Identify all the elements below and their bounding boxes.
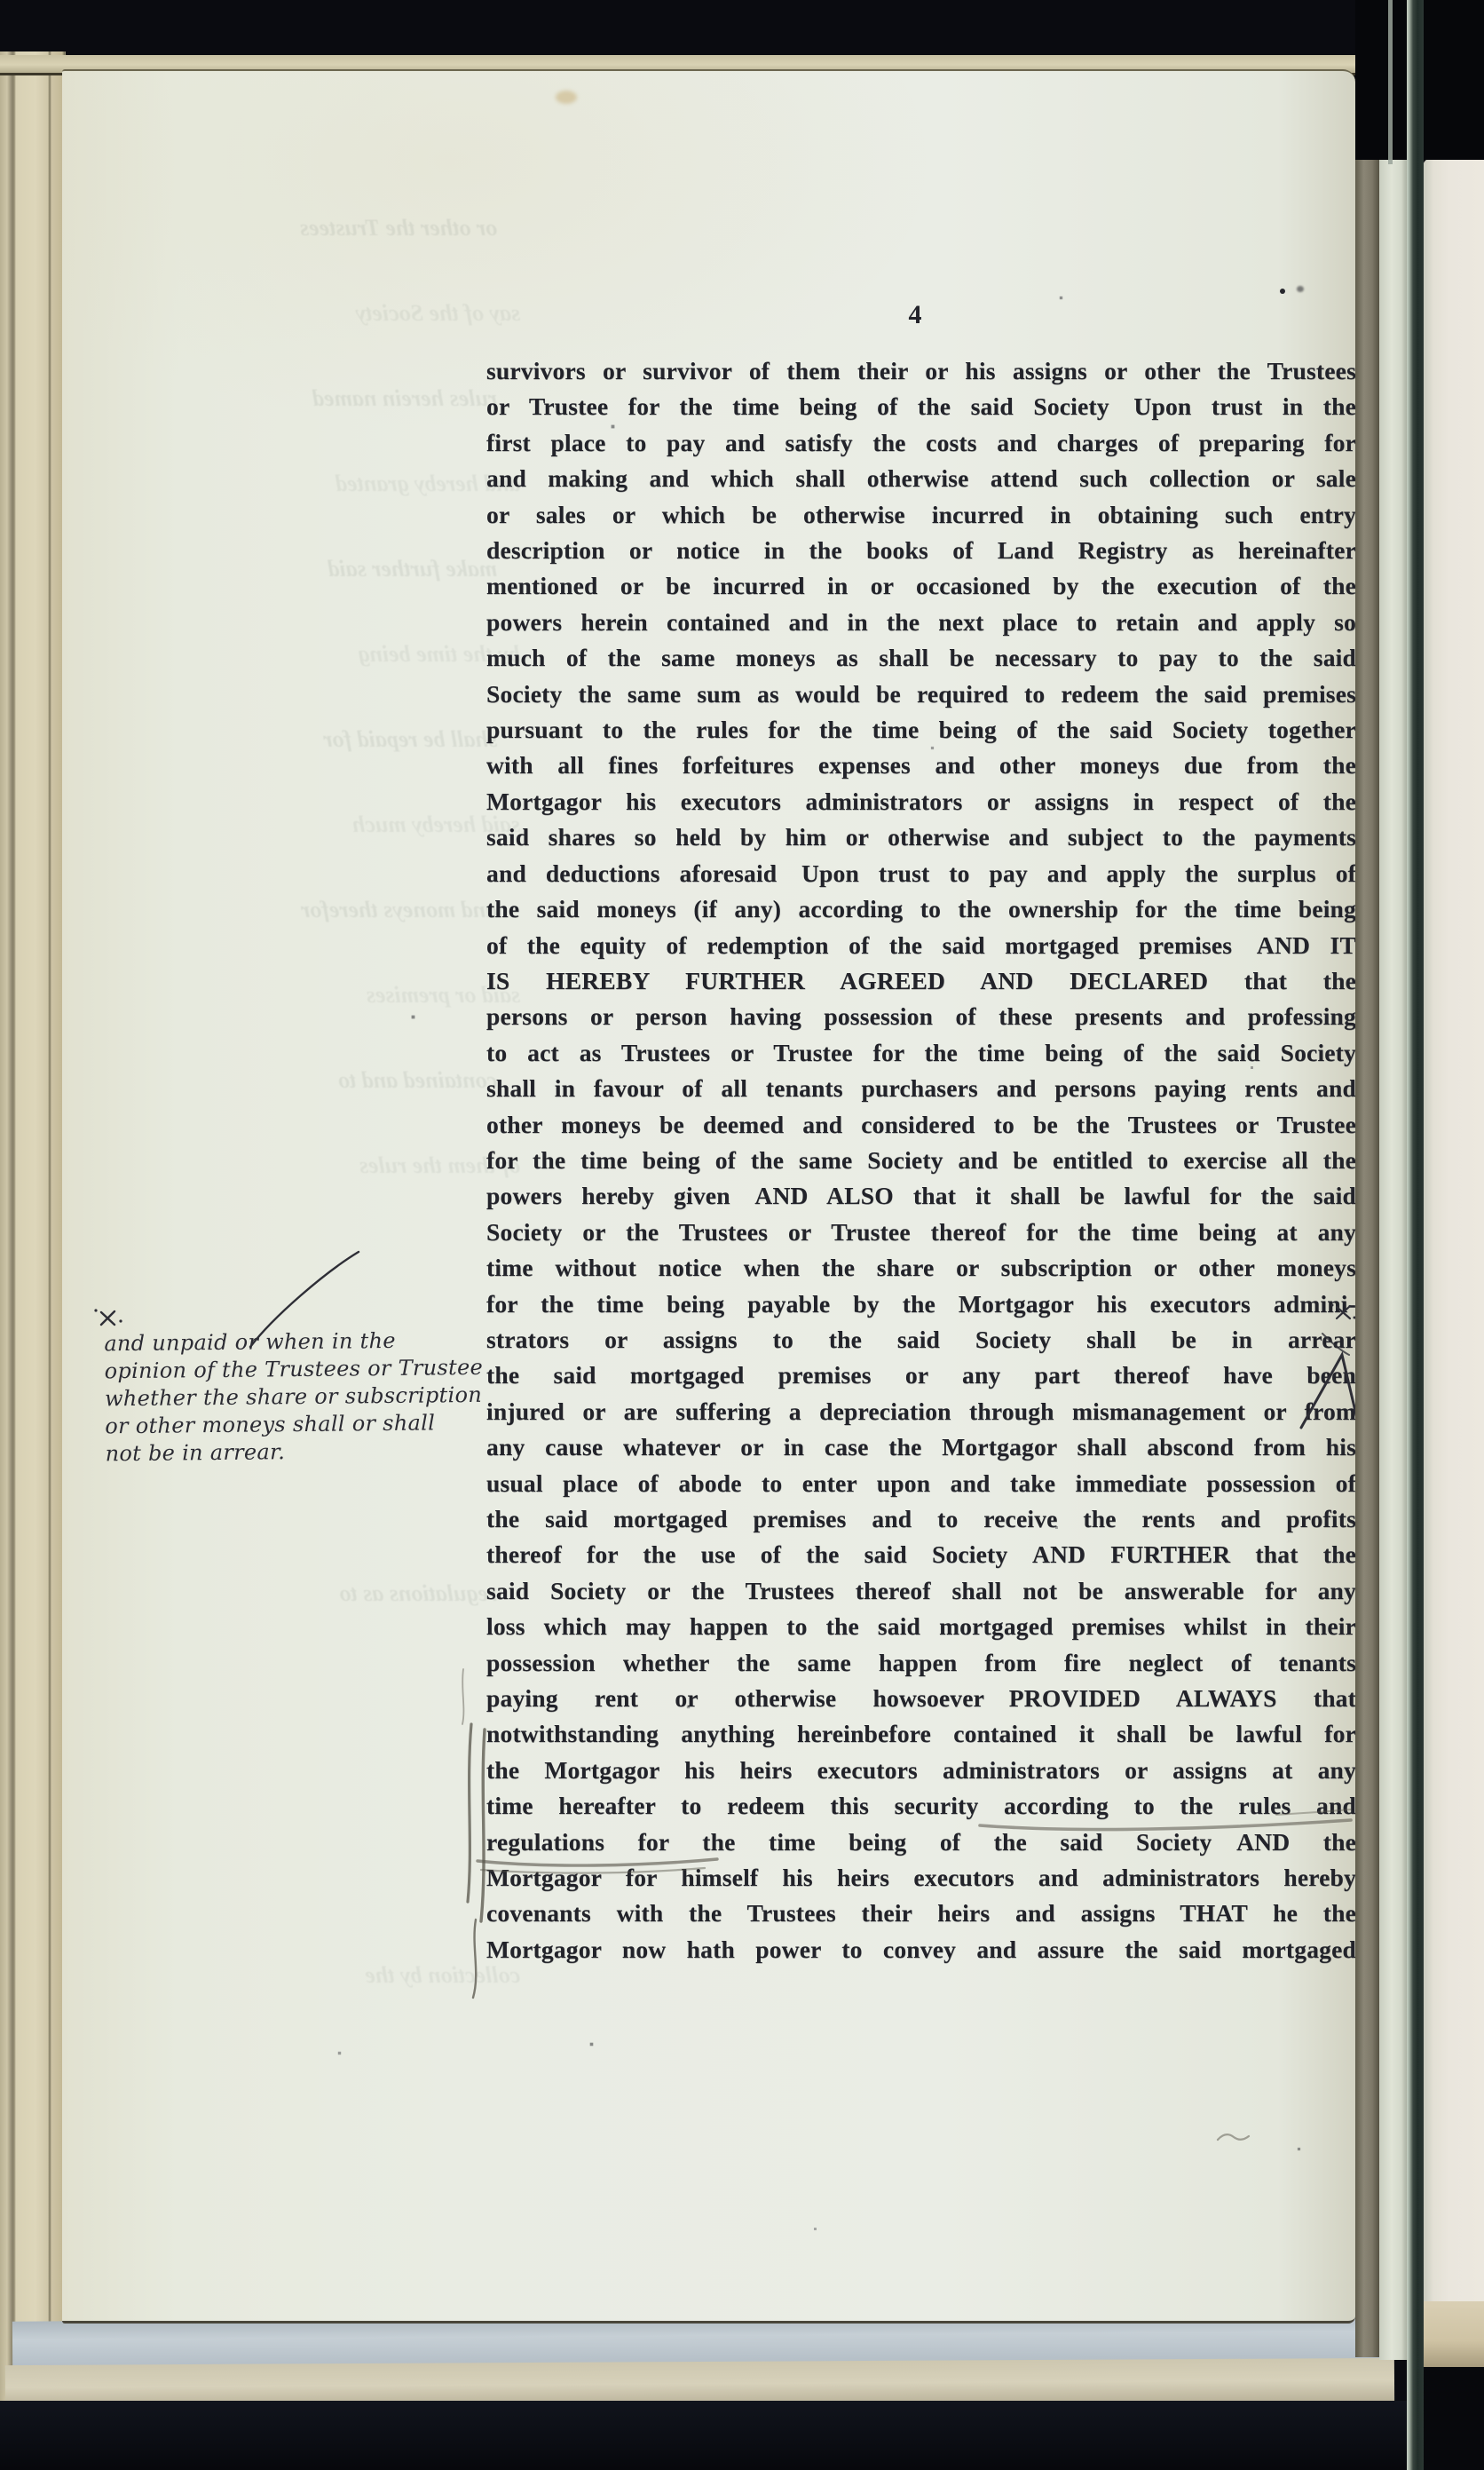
handwritten-margin-note: and unpaid or when in theopinion of the … [104,1326,501,1469]
ink-dot [1297,286,1304,292]
print-text-line: Society the same sum as would be require… [486,677,1356,712]
ghost-text-line: or other the Trustees [124,215,497,241]
print-text-line: possession whether the same happen from … [486,1645,1356,1681]
gutter-light-band [1379,144,1407,2360]
page-number: 4 [893,300,937,330]
print-text-line: strators or assigns to the said Society … [486,1322,1356,1358]
print-text-line: Society or the Trustees or Trustee there… [486,1215,1356,1250]
print-text-line: or sales or which be otherwise incurred … [486,497,1356,533]
ghost-text-line: by the time being [147,641,520,668]
handwritten-note-line: not be in arrear. [105,1437,500,1469]
ghost-text-line: shall be repaid for [124,726,497,753]
print-text-line: any cause whatever or in case the Mortga… [486,1429,1356,1465]
print-text-line: survivors or survivor of them their or h… [486,353,1356,389]
ghost-text-line: contained and to [124,1067,497,1094]
print-text-line: and making and which shall otherwise att… [486,461,1356,496]
print-text-line: the Mortgagor his heirs executors admini… [486,1753,1356,1788]
print-text-line: regulations for the time being of the sa… [486,1825,1356,1860]
print-text-line: Mortgagor now hath power to convey and a… [486,1932,1356,1967]
binding-cord [1407,0,1424,2470]
binding-cord-top [1388,0,1393,164]
print-text-line: usual place of abode to enter upon and t… [486,1466,1356,1501]
print-text-line: loss which may happen to the said mortga… [486,1609,1356,1644]
print-text-line: shall in favour of all tenants purchaser… [486,1071,1356,1106]
print-text-line: with all fines forfeitures expenses and … [486,748,1356,783]
print-text-line: for the time being payable by the Mortga… [486,1286,1356,1322]
margin-note-x-mark [94,1309,122,1325]
ghost-text-line: of them the rules [147,1152,520,1179]
print-text-line: time hereafter to redeem this security a… [486,1788,1356,1824]
print-text-line: persons or person having possession of t… [486,999,1356,1034]
print-text-line: time without notice when the share or su… [486,1250,1356,1286]
adjacent-page [1423,158,1484,2310]
ghost-text-line: regulations as to [124,1580,497,1607]
print-text-line: to act as Trustees or Trustee for the ti… [486,1035,1356,1071]
print-text-line: powers herein contained and in the next … [486,605,1356,640]
bottom-squiggle-mark [1218,2134,1249,2140]
print-text-line: or Trustee for the time being of the sai… [486,389,1356,424]
handwritten-note-line: whether the share or subscription [105,1381,500,1413]
print-text-line: much of the same moneys as shall be nece… [486,640,1356,676]
print-text-line: for the time being of the same Society a… [486,1143,1356,1178]
stain-mark [556,91,577,104]
print-text-line: description or notice in the books of La… [486,533,1356,568]
print-text-line: first place to pay and satisfy the costs… [486,425,1356,461]
print-text-line: notwithstanding anything hereinbefore co… [486,1716,1356,1752]
print-text-line: Mortgagor his executors administrators o… [486,784,1356,819]
handwritten-note-line: and unpaid or when in the [104,1326,499,1358]
ghost-text-line: and hereby granted [147,471,520,497]
adjacent-page-bottom-edge [1420,2301,1484,2367]
print-text-line: said shares so held by him or otherwise … [486,819,1356,855]
print-text-line: covenants with the Trustees their heirs … [486,1896,1356,1931]
print-text-line: pursuant to the rules for the time being… [486,712,1356,748]
ghost-text-line: make further said [124,556,497,582]
gutter-shadow-band [1355,133,1379,2357]
print-text-line: powers hereby given AND ALSO that it sha… [486,1178,1356,1214]
ghost-text-line: said hereby much [147,811,520,838]
document-page: or other the Trusteessay of the Societyr… [62,69,1355,2324]
print-text-line: said Society or the Trustees thereof sha… [486,1573,1356,1609]
ghost-text-line: say of the Society [147,300,520,327]
print-text-line: the said mortgaged premises and to recei… [486,1501,1356,1537]
paper-specks [62,71,63,72]
ghost-text-line: rules herein named [124,385,497,412]
print-text-line: the said mortgaged premises or any part … [486,1358,1356,1393]
ghost-text-line: collection by the [147,1962,520,1989]
handwritten-note-line: or other moneys shall or shall [105,1409,500,1441]
print-text-line: paying rent or otherwise howsoever PROVI… [486,1681,1356,1716]
print-text-line: of the equity of redemption of the said … [486,928,1356,963]
print-text-line: and deductions aforesaid Upon trust to p… [486,856,1356,891]
print-text-line: thereof for the use of the said Society … [486,1537,1356,1572]
deed-body-text: survivors or survivor of them their or h… [486,353,1356,1967]
left-page-edges [0,51,66,2404]
print-text-line: mentioned or be incurred in or occasione… [486,568,1356,604]
book-cover-bottom [0,2401,1484,2470]
scanned-book-photo: or other the Trusteessay of the Societyr… [0,0,1484,2470]
ghost-text-line: said or premises [147,982,520,1009]
print-text-line: the said moneys (if any) according to th… [486,891,1356,927]
ink-dot [1280,289,1285,294]
print-text-line: injured or are suffering a depreciation … [486,1394,1356,1429]
print-text-line: other moneys be deemed and considered to… [486,1107,1356,1143]
print-text-line: IS HEREBY FURTHER AGREED AND DECLARED th… [486,963,1356,999]
ghost-text-line: and moneys therefor [124,897,497,923]
print-text-line: Mortgagor for himself his heirs executor… [486,1860,1356,1896]
book-cover-bottom-right [1418,2363,1484,2470]
margin-double-stroke-mark [462,1669,485,1998]
handwritten-note-line: opinion of the Trustees or Trustee [105,1354,500,1386]
